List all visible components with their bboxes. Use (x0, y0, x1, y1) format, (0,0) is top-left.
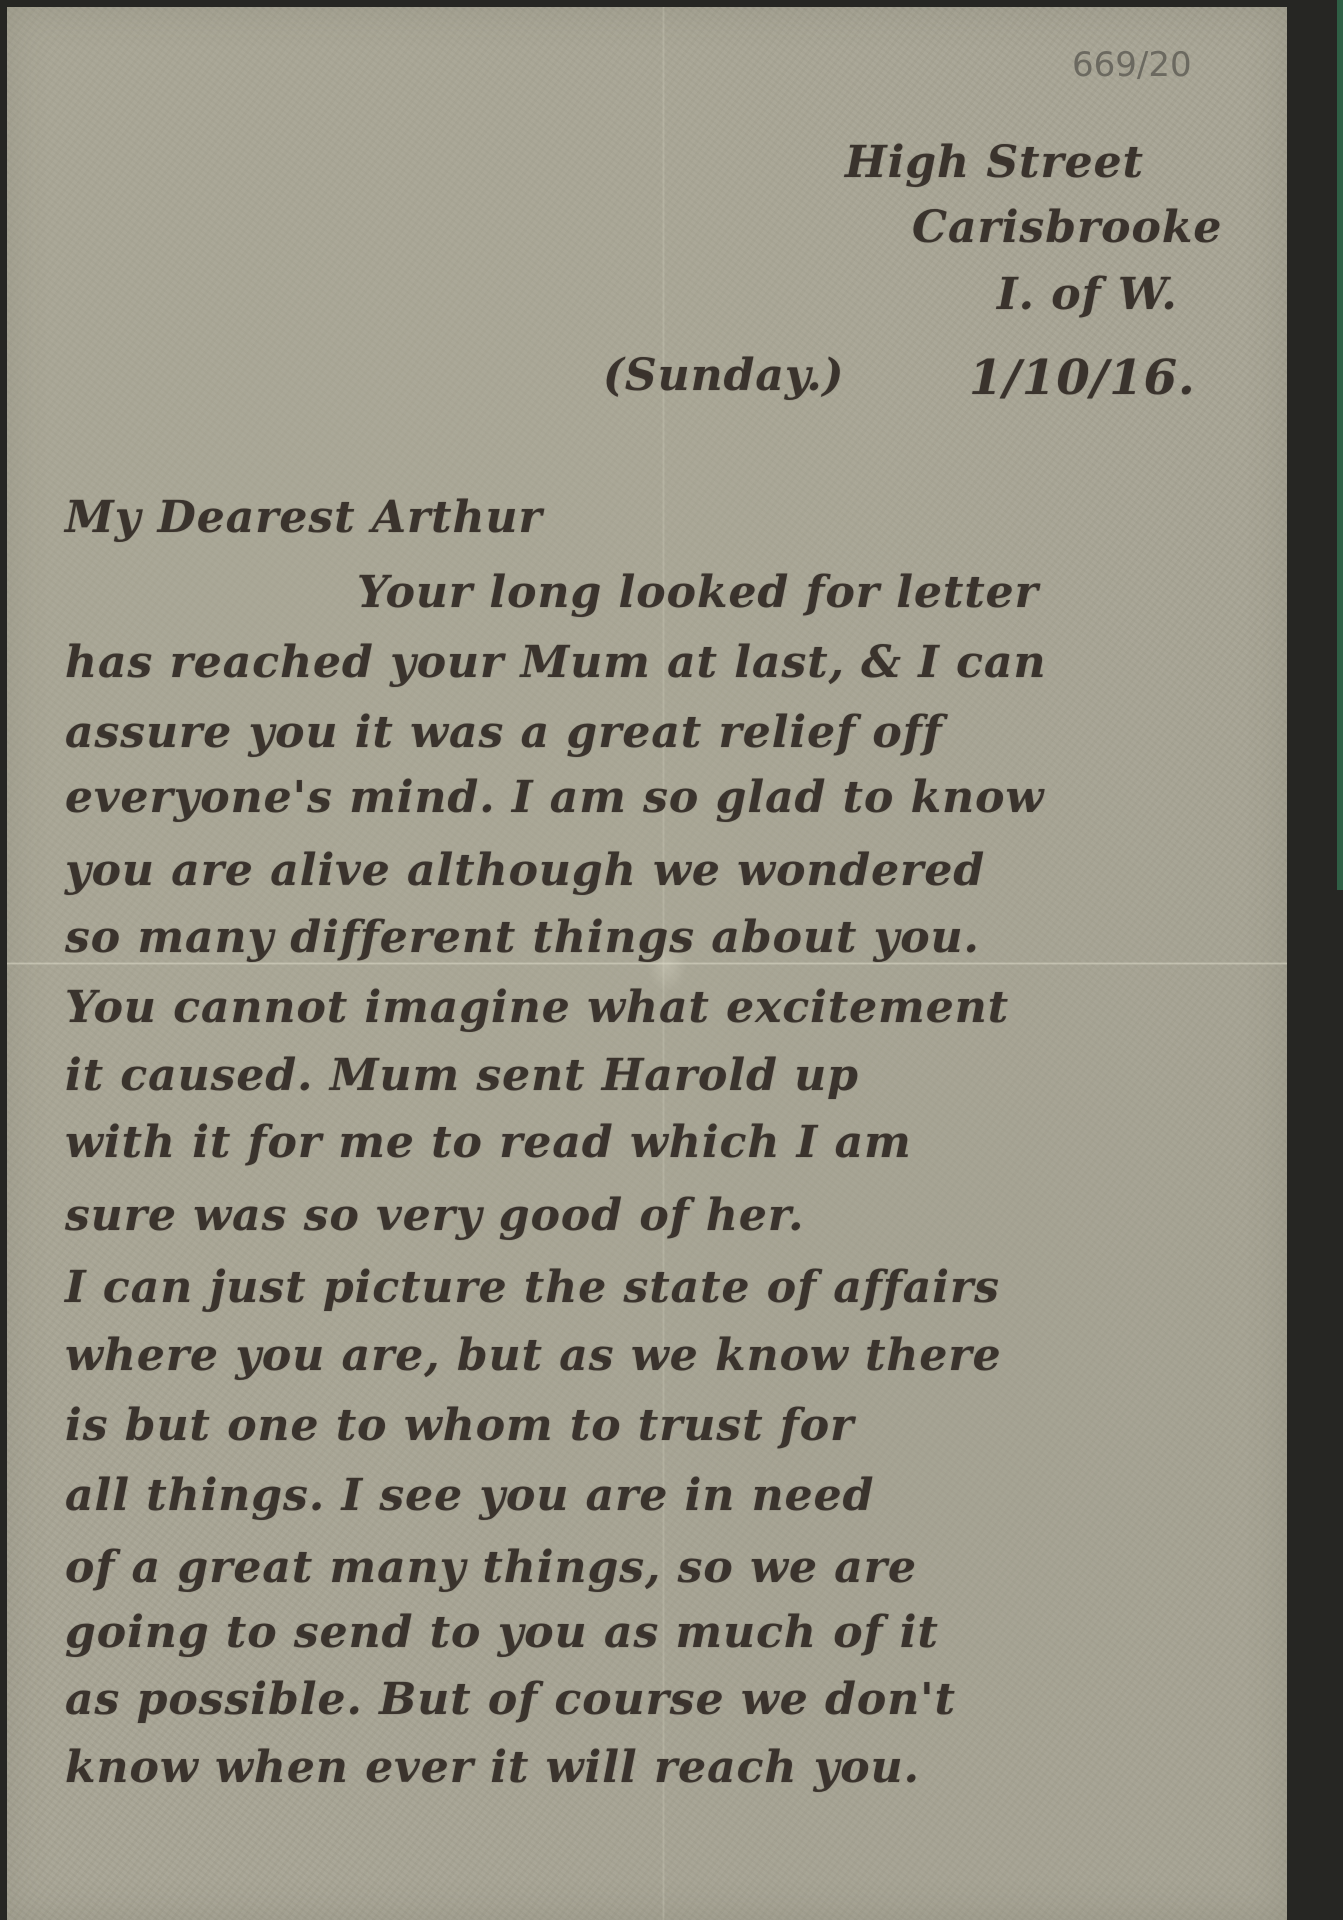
body-line: I can just picture the state of affairs (65, 1262, 1000, 1313)
body-line: where you are, but as we know there (65, 1330, 1002, 1381)
body-line: sure was so very good of her. (65, 1190, 804, 1241)
body-line: You cannot imagine what excitement (65, 982, 1009, 1033)
body-line: is but one to whom to trust for (65, 1400, 854, 1451)
body-line: Your long looked for letter (357, 567, 1039, 618)
body-line: of a great many things, so we are (65, 1542, 917, 1593)
body-line: know when ever it will reach you. (65, 1742, 920, 1793)
body-line: as possible. But of course we don't (65, 1674, 956, 1725)
body-line: so many different things about you. (65, 912, 980, 963)
letter-day: (Sunday.) (603, 350, 845, 401)
archive-reference: 669/20 (1072, 45, 1192, 85)
body-line: you are alive although we wondered (65, 845, 985, 896)
body-line: going to send to you as much of it (65, 1607, 939, 1658)
body-line: assure you it was a great relief off (65, 707, 943, 758)
body-line: has reached your Mum at last, & I can (65, 637, 1046, 688)
scan-edge-tint (1337, 0, 1343, 890)
body-line: all things. I see you are in need (65, 1470, 874, 1521)
salutation: My Dearest Arthur (65, 492, 543, 543)
letter-date: 1/10/16. (969, 350, 1196, 406)
letter-page: 669/20 High Street Carisbrooke I. of W. … (7, 7, 1287, 1920)
body-line: everyone's mind. I am so glad to know (65, 772, 1044, 823)
address-line-town: Carisbrooke (912, 202, 1222, 253)
address-line-street: High Street (845, 137, 1144, 188)
body-line: with it for me to read which I am (65, 1117, 912, 1168)
address-line-region: I. of W. (997, 269, 1178, 320)
body-line: it caused. Mum sent Harold up (65, 1050, 859, 1101)
